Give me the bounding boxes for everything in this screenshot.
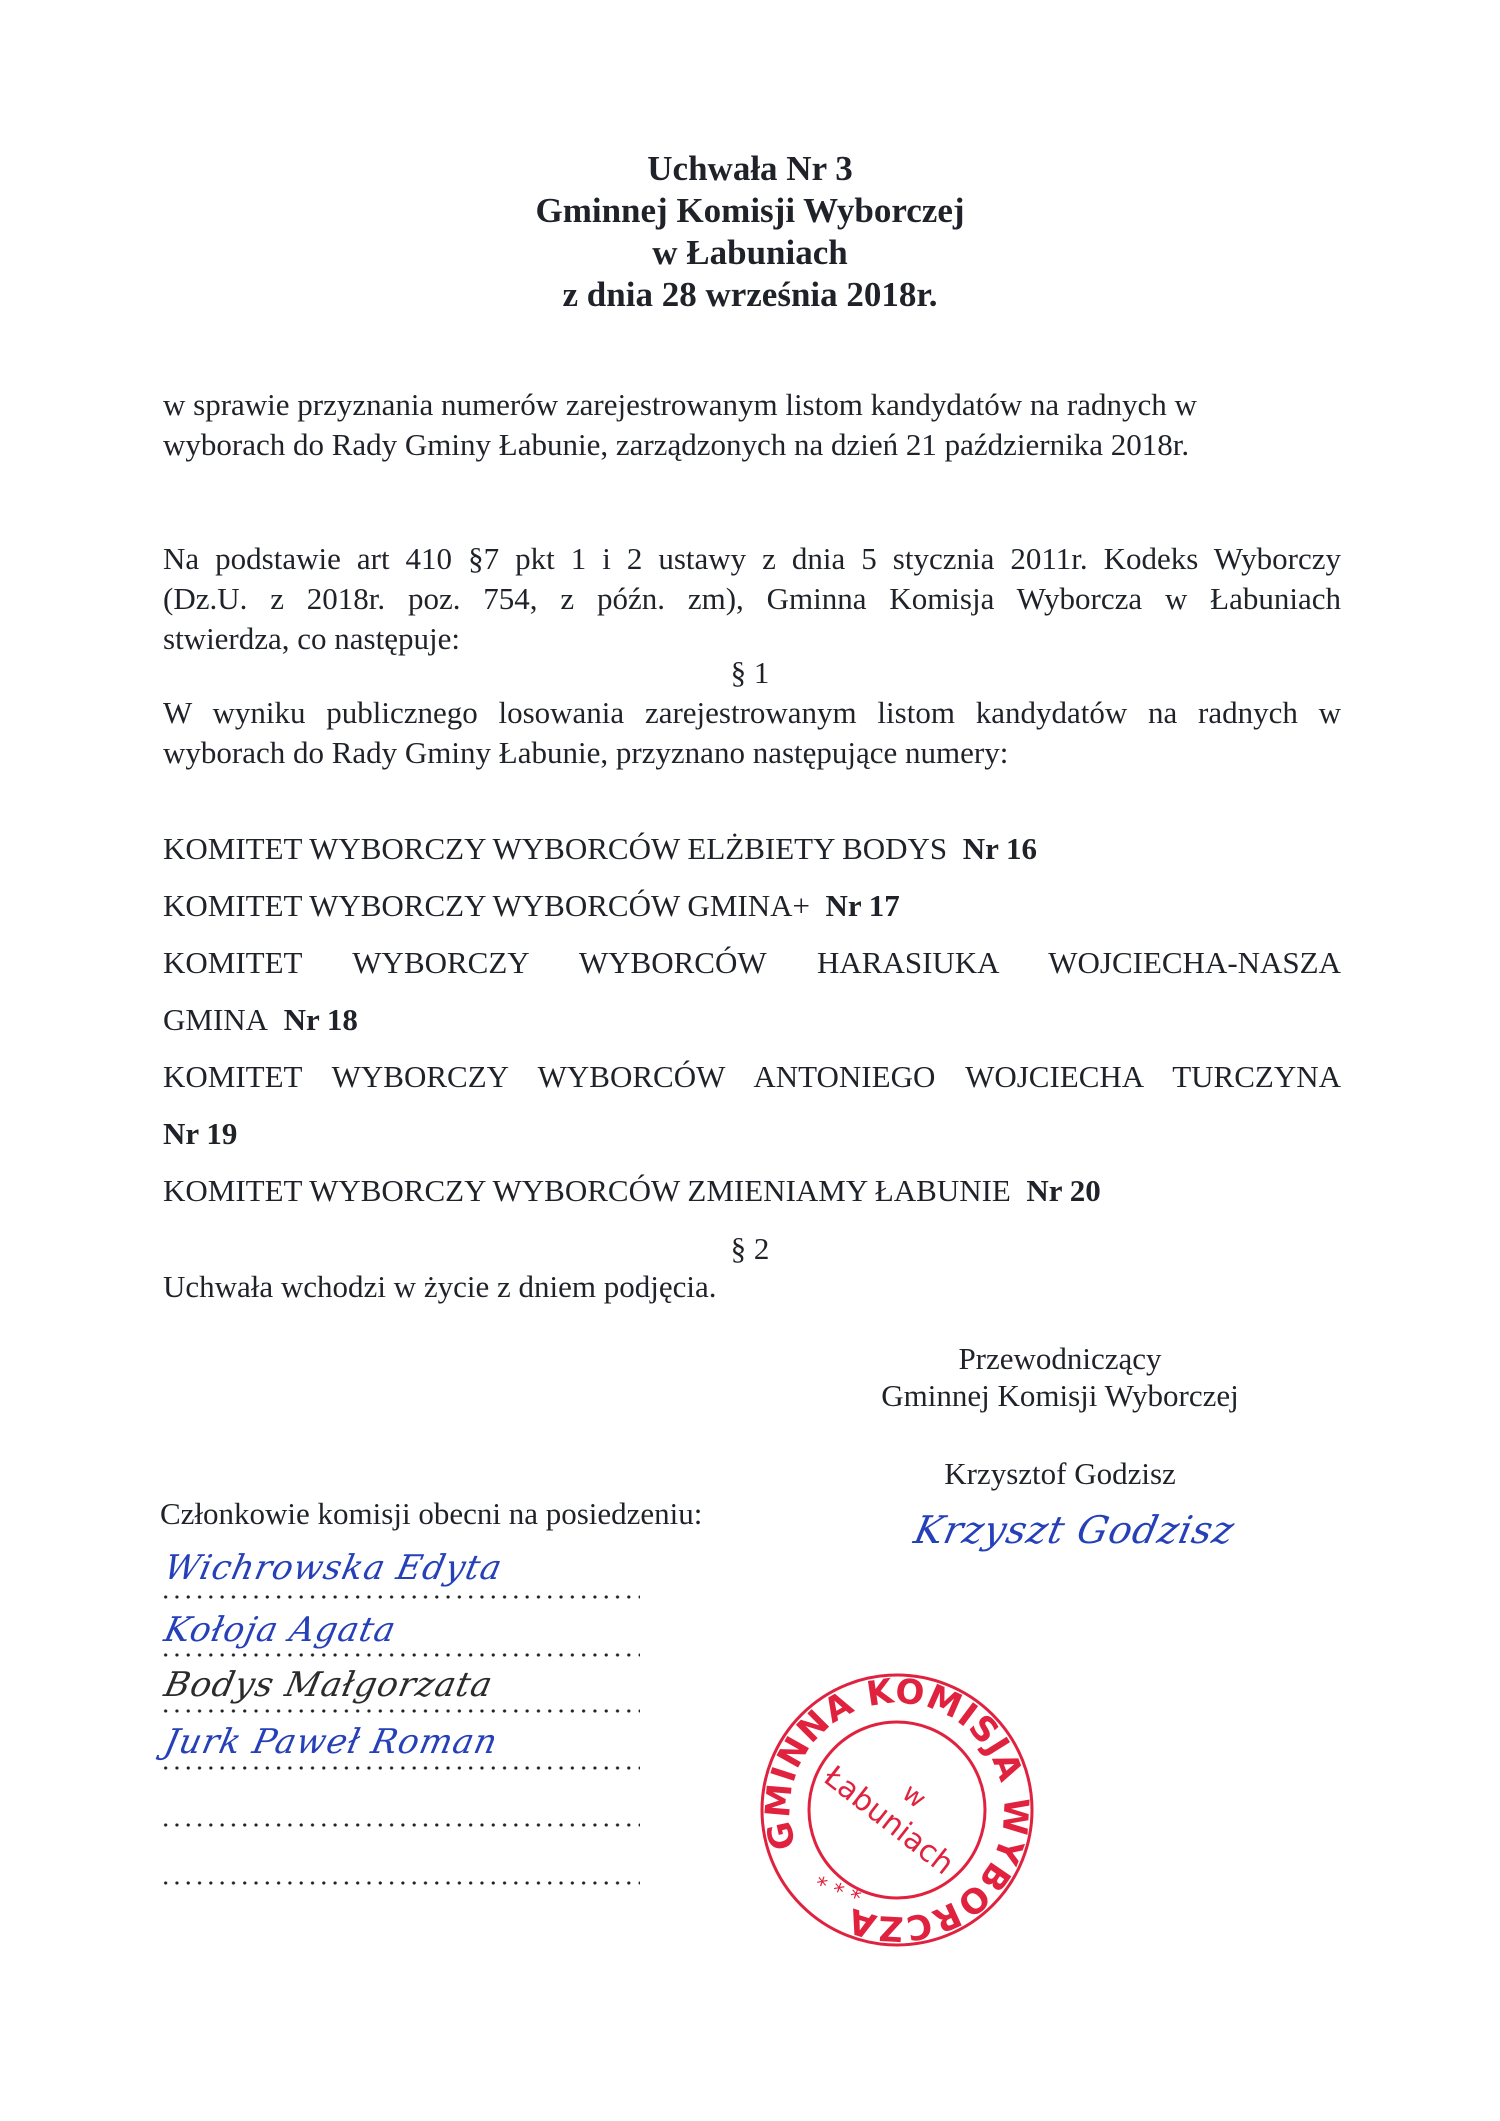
section-2-mark: § 2 — [0, 1230, 1500, 1267]
committee-item-continued: Nr 19 — [163, 1115, 1341, 1152]
section-1-line-1: W wyniku publicznego losowania zarejestr… — [163, 694, 1341, 731]
resolution-header: Uchwała Nr 3 Gminnej Komisji Wyborczej w… — [0, 148, 1500, 316]
official-stamp: GMINNA KOMISJA WYBORCZA w Łabuniach * * … — [752, 1665, 1042, 1955]
chairman-body: Gminnej Komisji Wyborczej — [820, 1377, 1300, 1414]
stamp-seal-icon: GMINNA KOMISJA WYBORCZA w Łabuniach * * … — [752, 1665, 1042, 1955]
chairman-block: Przewodniczący Gminnej Komisji Wyborczej… — [820, 1340, 1300, 1492]
committee-number: Nr 20 — [1026, 1173, 1100, 1208]
signature-line — [160, 1709, 640, 1713]
signature-line — [160, 1766, 640, 1770]
committee-item: KOMITET WYBORCZY WYBORCÓW GMINA+ Nr 17 — [163, 887, 1341, 924]
chairman-signature: Krzyszt Godzisz — [910, 1508, 1239, 1552]
chairman-name: Krzysztof Godzisz — [820, 1455, 1300, 1492]
committee-name: KOMITET WYBORCZY WYBORCÓW GMINA+ — [163, 888, 810, 923]
members-label: Członkowie komisji obecni na posiedzeniu… — [160, 1495, 702, 1532]
signature-line — [160, 1653, 640, 1657]
issuing-body: Gminnej Komisji Wyborczej — [0, 190, 1500, 232]
preamble-line-1: Na podstawie art 410 §7 pkt 1 i 2 ustawy… — [163, 540, 1341, 577]
section-1-mark: § 1 — [0, 654, 1500, 691]
committee-name: KOMITET WYBORCZY WYBORCÓW ELŻBIETY BODYS — [163, 831, 947, 866]
svg-text:* * *: * * * — [811, 1872, 864, 1912]
committee-item: KOMITET WYBORCZY WYBORCÓW ZMIENIAMY ŁABU… — [163, 1172, 1341, 1209]
committee-name: KOMITET WYBORCZY WYBORCÓW HARASIUKA WOJC… — [163, 945, 1341, 980]
subject-line-2: wyborach do Rady Gminy Łabunie, zarządzo… — [163, 426, 1341, 463]
signature-line — [160, 1881, 640, 1885]
section-1-line-2: wyborach do Rady Gminy Łabunie, przyznan… — [163, 734, 1341, 771]
committee-item: KOMITET WYBORCZY WYBORCÓW ANTONIEGO WOJC… — [163, 1058, 1341, 1095]
member-signature: Jurk Paweł Roman — [161, 1722, 502, 1762]
preamble-line-2: (Dz.U. z 2018r. poz. 754, z późn. zm), G… — [163, 580, 1341, 617]
committee-name: GMINA — [163, 1002, 268, 1037]
committee-item: KOMITET WYBORCZY WYBORCÓW ELŻBIETY BODYS… — [163, 830, 1341, 867]
committee-name: KOMITET WYBORCZY WYBORCÓW ANTONIEGO WOJC… — [163, 1059, 1341, 1094]
resolution-number: Uchwała Nr 3 — [0, 148, 1500, 190]
member-signature: Wichrowska Edyta — [161, 1548, 506, 1588]
member-signature: Kołoja Agata — [161, 1610, 400, 1650]
signature-line — [160, 1595, 640, 1599]
member-signature: Bodys Małgorzata — [161, 1665, 497, 1705]
committee-number: Nr 19 — [163, 1116, 237, 1151]
chairman-title: Przewodniczący — [820, 1340, 1300, 1377]
preamble-line-3: stwierdza, co następuje: — [163, 620, 1341, 657]
committee-number: Nr 17 — [825, 888, 899, 923]
committee-name: KOMITET WYBORCZY WYBORCÓW ZMIENIAMY ŁABU… — [163, 1173, 1011, 1208]
committee-item: KOMITET WYBORCZY WYBORCÓW HARASIUKA WOJC… — [163, 944, 1341, 981]
svg-text:Łabuniach: Łabuniach — [816, 1759, 960, 1882]
signature-line — [160, 1823, 640, 1827]
committee-number: Nr 18 — [284, 1002, 358, 1037]
subject-line-1: w sprawie przyznania numerów zarejestrow… — [163, 386, 1341, 423]
committee-number: Nr 16 — [963, 831, 1037, 866]
issuing-location: w Łabuniach — [0, 232, 1500, 274]
section-2-text: Uchwała wchodzi w życie z dniem podjęcia… — [163, 1268, 1341, 1305]
committee-item-continued: GMINA Nr 18 — [163, 1001, 1341, 1038]
resolution-date: z dnia 28 września 2018r. — [0, 274, 1500, 316]
